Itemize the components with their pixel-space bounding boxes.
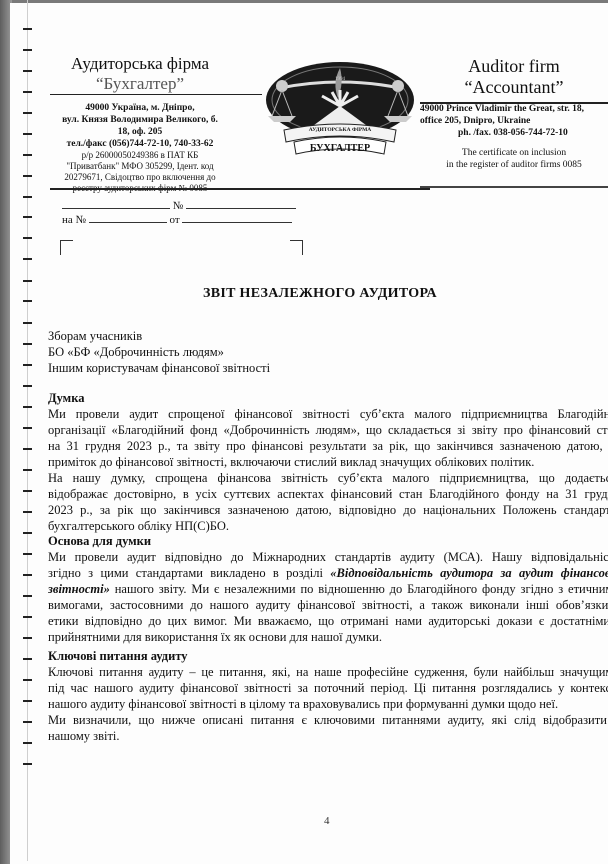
letterhead-left: Аудиторська фірма “Бухгалтер” 49000 Укра… (40, 54, 240, 194)
binding-margin (20, 0, 36, 861)
header-rule-right (420, 102, 608, 104)
outgoing-number-line: № (62, 199, 296, 212)
firm-name-ua-quoted: “Бухгалтер” (40, 74, 240, 94)
section-opinion: Думка Ми провели аудит спрощеної фінансо… (48, 390, 608, 534)
from-label: от (170, 214, 180, 226)
section-heading: Основа для думки (48, 533, 608, 549)
firm-name-en-quoted: “Accountant” (420, 77, 608, 98)
section-key-audit-matters: Ключові питання аудиту Ключові питання а… (48, 648, 608, 744)
address-corner-left (60, 240, 73, 255)
svg-text:АУДИТОРСЬКА ФІРМА: АУДИТОРСЬКА ФІРМА (309, 127, 372, 133)
addressees: Зборам учасників БО «БФ «Доброчинність л… (48, 328, 608, 376)
firm-name-en: Auditor firm (420, 56, 608, 77)
firm-address-ua: 49000 Україна, м. Дніпро, вул. Князя Вол… (40, 102, 240, 150)
letterhead-right: Auditor firm “Accountant” 49000 Prince V… (420, 56, 608, 171)
header-bottom-rule (50, 188, 430, 190)
ref-label: на № (62, 214, 86, 226)
header-rule (50, 94, 262, 95)
scales-book-emblem-icon: 1994 АУДИТОРСЬКА ФІРМА БУХГАЛТЕР (262, 58, 418, 158)
number-label: № (173, 200, 184, 212)
section-basis: Основа для думки Ми провели аудит відпов… (48, 533, 608, 645)
firm-address-en: 49000 Prince Vladimir the Great, str. 18… (420, 103, 608, 139)
header-bottom-rule-right (420, 186, 608, 188)
page-number: 4 (324, 815, 330, 827)
firm-certificate-en: The certificate on inclusion in the regi… (420, 147, 608, 171)
svg-text:1994: 1994 (335, 77, 346, 82)
svg-text:БУХГАЛТЕР: БУХГАЛТЕР (310, 143, 370, 154)
firm-name-ua: Аудиторська фірма (40, 54, 240, 74)
firm-phone-en: ph. /fax. 038-056-744-72-10 (420, 127, 608, 139)
reference-number-line: на № от (62, 213, 292, 226)
address-corner-right (290, 240, 303, 255)
section-heading: Ключові питання аудиту (48, 648, 608, 664)
section-heading: Думка (48, 390, 608, 406)
report-title: ЗВІТ НЕЗАЛЕЖНОГО АУДИТОРА (0, 286, 608, 302)
